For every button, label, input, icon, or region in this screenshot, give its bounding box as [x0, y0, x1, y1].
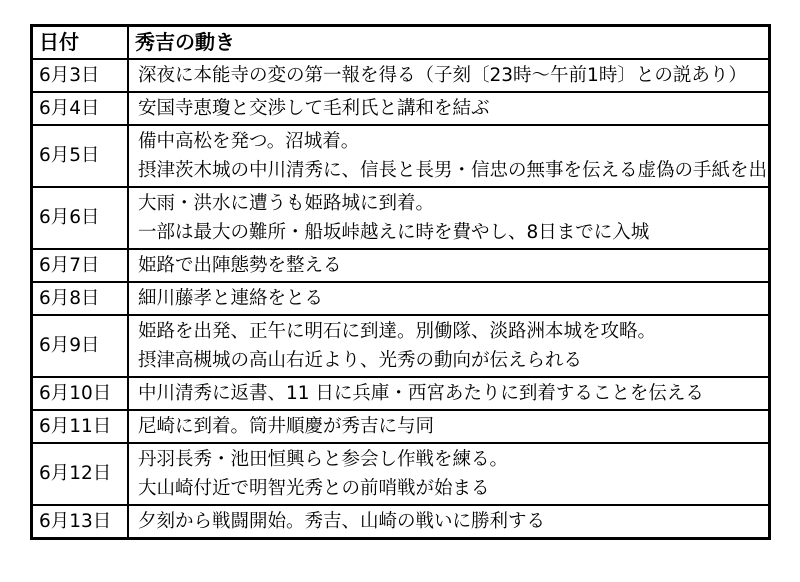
table-row: 6月9日 姫路を出発、正午に明石に到達。別働隊、淡路洲本城を攻略。摂津高槻城の高…	[32, 315, 770, 377]
date-cell: 6月10日	[32, 377, 129, 410]
action-line: 尼崎に到着。筒井順慶が秀吉に与同	[138, 412, 759, 441]
action-cell: 姫路で出陣態勢を整える	[128, 249, 770, 282]
date-cell: 6月8日	[32, 282, 129, 315]
table-row: 6月8日 細川藤孝と連絡をとる	[32, 282, 770, 315]
table-row: 6月5日 備中高松を発つ。沼城着。摂津茨木城の中川清秀に、信長と長男・信忠の無事…	[32, 125, 770, 187]
action-line: 大雨・洪水に遭うも姫路城に到着。	[138, 189, 759, 218]
table-body: 6月3日 深夜に本能寺の変の第一報を得る（子刻〔23時～午前1時〕との説あり） …	[32, 59, 770, 539]
date-cell: 6月13日	[32, 505, 129, 539]
action-line: 摂津茨木城の中川清秀に、信長と長男・信忠の無事を伝える虚偽の手紙を出す	[138, 156, 759, 185]
header-action: 秀吉の動き	[128, 26, 770, 60]
table-row: 6月10日 中川清秀に返書、11 日に兵庫・西宮あたりに到着することを伝える	[32, 377, 770, 410]
action-cell: 姫路を出発、正午に明石に到達。別働隊、淡路洲本城を攻略。摂津高槻城の高山右近より…	[128, 315, 770, 377]
action-line: 姫路で出陣態勢を整える	[138, 251, 759, 280]
action-line: 丹羽長秀・池田恒興らと参会し作戦を練る。	[138, 445, 759, 474]
date-cell: 6月9日	[32, 315, 129, 377]
action-line: 安国寺恵瓊と交渉して毛利氏と講和を結ぶ	[138, 94, 759, 123]
action-line: 一部は最大の難所・船坂峠越えに時を費やし、8日までに入城	[138, 218, 759, 247]
action-line: 夕刻から戦闘開始。秀吉、山崎の戦いに勝利する	[138, 507, 759, 536]
date-cell: 6月4日	[32, 92, 129, 125]
hideyoshi-timeline-table: 日付 秀吉の動き 6月3日 深夜に本能寺の変の第一報を得る（子刻〔23時～午前1…	[30, 24, 771, 540]
table-row: 6月7日 姫路で出陣態勢を整える	[32, 249, 770, 282]
action-cell: 安国寺恵瓊と交渉して毛利氏と講和を結ぶ	[128, 92, 770, 125]
action-line: 備中高松を発つ。沼城着。	[138, 127, 759, 156]
action-cell: 尼崎に到着。筒井順慶が秀吉に与同	[128, 410, 770, 443]
action-cell: 細川藤孝と連絡をとる	[128, 282, 770, 315]
action-line: 深夜に本能寺の変の第一報を得る（子刻〔23時～午前1時〕との説あり）	[138, 61, 759, 90]
date-cell: 6月3日	[32, 59, 129, 92]
action-line: 細川藤孝と連絡をとる	[138, 284, 759, 313]
table-row: 6月3日 深夜に本能寺の変の第一報を得る（子刻〔23時～午前1時〕との説あり）	[32, 59, 770, 92]
table-row: 6月6日 大雨・洪水に遭うも姫路城に到着。一部は最大の難所・船坂峠越えに時を費や…	[32, 187, 770, 249]
action-cell: 夕刻から戦闘開始。秀吉、山崎の戦いに勝利する	[128, 505, 770, 539]
date-cell: 6月11日	[32, 410, 129, 443]
action-cell: 丹羽長秀・池田恒興らと参会し作戦を練る。大山崎付近で明智光秀との前哨戦が始まる	[128, 443, 770, 505]
action-cell: 大雨・洪水に遭うも姫路城に到着。一部は最大の難所・船坂峠越えに時を費やし、8日ま…	[128, 187, 770, 249]
action-line: 中川清秀に返書、11 日に兵庫・西宮あたりに到着することを伝える	[138, 379, 759, 408]
date-cell: 6月12日	[32, 443, 129, 505]
action-line: 姫路を出発、正午に明石に到達。別働隊、淡路洲本城を攻略。	[138, 317, 759, 346]
page: 日付 秀吉の動き 6月3日 深夜に本能寺の変の第一報を得る（子刻〔23時～午前1…	[0, 0, 800, 582]
action-cell: 中川清秀に返書、11 日に兵庫・西宮あたりに到着することを伝える	[128, 377, 770, 410]
table-row: 6月11日 尼崎に到着。筒井順慶が秀吉に与同	[32, 410, 770, 443]
action-cell: 備中高松を発つ。沼城着。摂津茨木城の中川清秀に、信長と長男・信忠の無事を伝える虚…	[128, 125, 770, 187]
action-line: 大山崎付近で明智光秀との前哨戦が始まる	[138, 474, 759, 503]
header-date: 日付	[32, 26, 129, 60]
table-row: 6月12日 丹羽長秀・池田恒興らと参会し作戦を練る。大山崎付近で明智光秀との前哨…	[32, 443, 770, 505]
date-cell: 6月7日	[32, 249, 129, 282]
table-row: 6月13日 夕刻から戦闘開始。秀吉、山崎の戦いに勝利する	[32, 505, 770, 539]
action-cell: 深夜に本能寺の変の第一報を得る（子刻〔23時～午前1時〕との説あり）	[128, 59, 770, 92]
date-cell: 6月5日	[32, 125, 129, 187]
table-row: 6月4日 安国寺恵瓊と交渉して毛利氏と講和を結ぶ	[32, 92, 770, 125]
action-line: 摂津高槻城の高山右近より、光秀の動向が伝えられる	[138, 346, 759, 375]
date-cell: 6月6日	[32, 187, 129, 249]
header-row: 日付 秀吉の動き	[32, 26, 770, 60]
